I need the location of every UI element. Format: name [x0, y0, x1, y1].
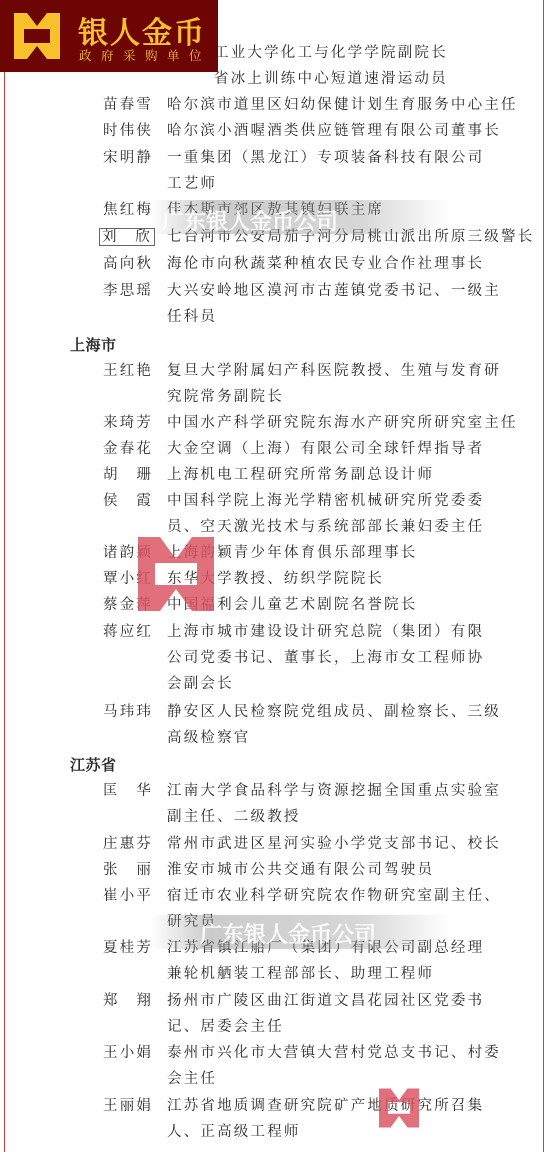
entry-desc: 人、正高级工程师 [167, 1119, 301, 1145]
entry-desc: 海伦市向秋蔬菜种植农民专业合作社理事长 [167, 251, 484, 277]
watermark-logo-icon [138, 537, 214, 611]
entry-desc: 复旦大学附属妇产科医院教授、生殖与发育研 [167, 358, 501, 384]
entry-desc: 哈尔滨市道里区妇幼保健计划生育服务中心主任 [167, 92, 518, 118]
brand-subtitle: 政府采购单位 [79, 46, 211, 64]
entry-name: 王丽娟 [103, 1093, 163, 1119]
entry-desc: 省冰上训练中心短道速滑运动员 [214, 66, 448, 92]
entry-desc: 哈尔滨小酒喔酒类供应链管理有限公司董事长 [167, 118, 501, 144]
highlighted-name: 刘 欣 [100, 229, 154, 245]
section-heading-jiangsu: 江苏省 [70, 752, 117, 778]
entry-name: 苗春雪 [103, 92, 163, 118]
entry-desc: 员、空天激光技术与系统部部长兼妇委主任 [167, 514, 484, 540]
entry-desc: 宿迁市农业科学研究院农作物研究室副主任、 [167, 883, 501, 909]
brand-logo: 银人金币 政府采购单位 [0, 0, 218, 72]
entry-desc: 公司党委书记、董事长，上海市女工程师协 [167, 645, 484, 671]
entry-desc: 中国水产科学研究院东海水产研究所研究室主任 [167, 410, 518, 436]
entry-name: 高向秋 [103, 251, 163, 277]
entry-desc: 会副会长 [167, 671, 234, 697]
entry-desc: 副主任、二级教授 [167, 804, 301, 830]
entry-desc: 扬州市广陵区曲江街道文昌花园社区党委书 [167, 988, 484, 1014]
entry-desc: 大金空调（上海）有限公司全球钎焊指导者 [167, 436, 484, 462]
entry-desc: 上海机电工程研究所常务副总设计师 [167, 462, 434, 488]
entry-name: 侯 霞 [103, 488, 163, 514]
entry-name: 王红艳 [103, 358, 163, 384]
entry-desc: 静安区人民检察院党组成员、副检察长、三级 [167, 699, 501, 725]
section-heading-shanghai: 上海市 [70, 332, 117, 358]
entry-desc: 一重集团（黑龙江）专项装备科技有限公司 [167, 145, 484, 171]
entry-name: 宋明静 [103, 145, 163, 171]
entry-desc: 江南大学食品科学与资源挖掘全国重点实验室 [167, 778, 501, 804]
entry-name: 蒋应红 [103, 619, 163, 645]
entry-desc: 会主任 [167, 1066, 217, 1092]
entry-name: 金春花 [103, 436, 163, 462]
entry-name: 匡 华 [103, 778, 163, 804]
entry-desc: 究院常务副院长 [167, 384, 284, 410]
entry-desc: 中国科学院上海光学精密机械研究所党委委 [167, 488, 484, 514]
entry-name: 庄惠芬 [103, 831, 163, 857]
entry-desc: 记、居委会主任 [167, 1014, 284, 1040]
watermark-logo-icon [379, 1088, 419, 1128]
entry-desc: 淮安市城市公共交通有限公司驾驶员 [167, 857, 434, 883]
entry-desc: 泰州市兴化市大营镇大营村党总支书记、村委 [167, 1040, 501, 1066]
entry-desc: 任科员 [167, 304, 217, 330]
entry-name: 崔小平 [103, 883, 163, 909]
entry-desc: 常州市武进区星河实验小学党支部书记、校长 [167, 831, 501, 857]
entry-name: 张 丽 [103, 857, 163, 883]
entry-name: 胡 珊 [103, 462, 163, 488]
watermark-text: 广东银人金币公司 [162, 205, 338, 236]
brand-mark-icon [14, 13, 60, 59]
entry-desc: 工业大学化工与化学学院副院长 [214, 40, 448, 66]
watermark-text: 广东银人金币公司 [200, 918, 376, 949]
entry-name: 时伟侠 [103, 118, 163, 144]
entry-name: 王小娟 [103, 1040, 163, 1066]
entry-name: 李思瑶 [103, 278, 163, 304]
entry-desc: 上海市城市建设设计研究总院（集团）有限 [167, 619, 484, 645]
entry-desc: 江苏省地质调查研究院矿产地质研究所召集 [167, 1093, 484, 1119]
entry-name: 郑 翔 [103, 988, 163, 1014]
entry-desc: 兼轮机舾装工程部部长、助理工程师 [167, 961, 434, 987]
entry-desc: 高级检察官 [167, 725, 251, 751]
entry-desc: 工艺师 [167, 171, 217, 197]
entry-desc: 大兴安岭地区漠河市古莲镇党委书记、一级主 [167, 278, 501, 304]
entry-name: 马玮玮 [103, 699, 163, 725]
entry-name: 来琦芳 [103, 410, 163, 436]
